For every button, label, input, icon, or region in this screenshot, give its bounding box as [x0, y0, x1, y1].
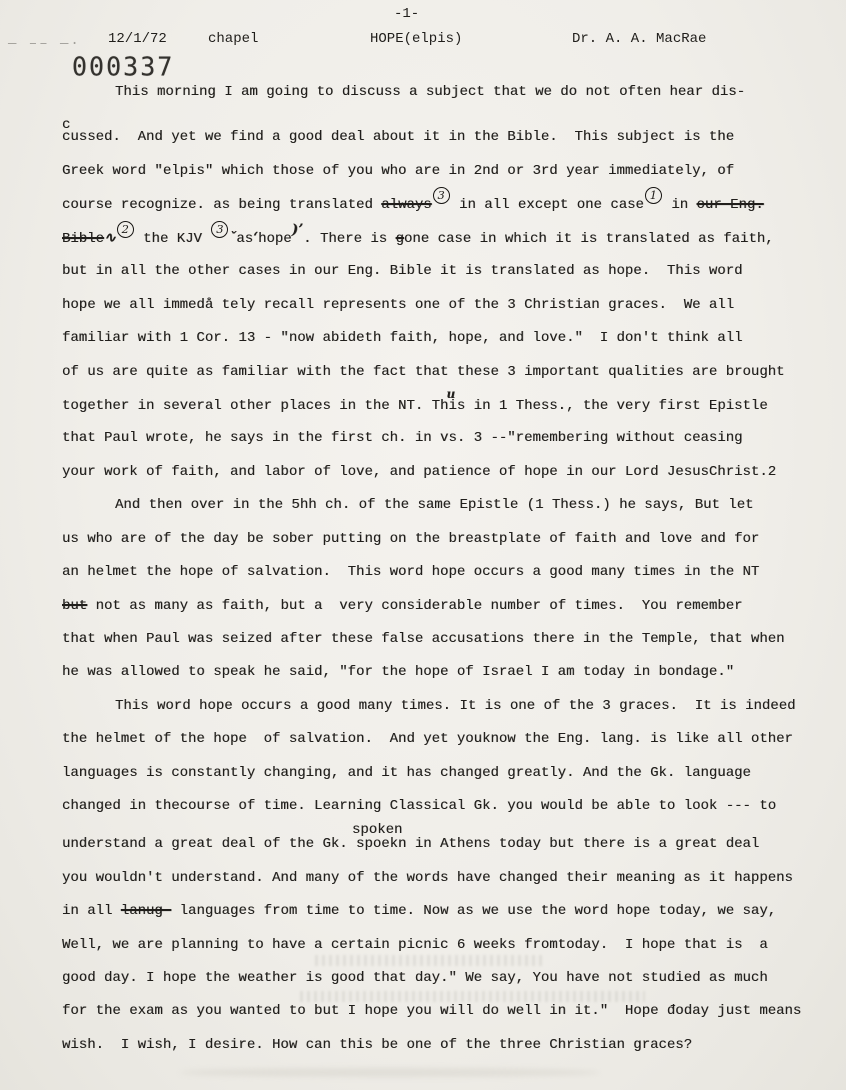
- typewritten-text: Greek word "elpis" which those of you wh…: [62, 163, 734, 179]
- typewritten-text: good day. I hope the weather is good tha…: [62, 970, 768, 986]
- typewritten-text: is in 1 Thess., the very first Epistle: [448, 398, 767, 414]
- body-line: course recognize. as being translated al…: [62, 196, 832, 229]
- typewritten-text: together in several other places in the …: [62, 398, 448, 414]
- body-line: cussed. And yet we find a good deal abou…: [62, 129, 832, 162]
- typewritten-text: for the exam as you wanted to but I hope…: [62, 1003, 801, 1019]
- typewritten-text: that when Paul was seized after these fa…: [62, 631, 785, 647]
- body-line: your work of faith, and labor of love, a…: [62, 464, 832, 497]
- typewritten-text: he was allowed to speak he said, "for th…: [62, 664, 734, 680]
- circled-number-annotation: 2: [117, 221, 134, 238]
- body-line: Bible∿2 the KJV 3ˇasʻhope)ʼ. There is go…: [62, 230, 832, 263]
- typewritten-text: Well, we are planning to have a certain …: [62, 937, 768, 953]
- handwritten-mark: ∿: [104, 230, 116, 246]
- typewritten-text: This word hope occurs a good many times.…: [115, 698, 796, 714]
- page-number: -1-: [394, 6, 419, 22]
- body-line: This word hope occurs a good many times.…: [62, 698, 832, 731]
- typewritten-text: an helmet the hope of salvation. This wo…: [62, 564, 759, 580]
- struck-text: g: [396, 231, 404, 247]
- header-location: chapel: [208, 31, 258, 47]
- document-body: This morning I am going to discuss a sub…: [62, 84, 832, 1070]
- typewritten-text: your work of faith, and labor of love, a…: [62, 464, 776, 480]
- body-line: together in several other places in the …: [62, 397, 832, 430]
- typewritten-text: but in all the other cases in our Eng. B…: [62, 263, 743, 279]
- typewritten-text: the KJV: [135, 231, 211, 247]
- ink-ghosting: [300, 991, 645, 1002]
- typewritten-text: languages is constantly changing, and it…: [62, 765, 751, 781]
- pencil-marks: — –– —·: [8, 36, 81, 52]
- body-line: understand a great deal of the Gk. spoek…: [62, 836, 832, 869]
- typewritten-text: one case in which it is translated as fa…: [404, 231, 774, 247]
- typewritten-text: course recognize. as being translated: [62, 197, 381, 213]
- typewritten-text: that Paul wrote, he says in the first ch…: [62, 430, 743, 446]
- body-line: c: [62, 117, 832, 129]
- typewritten-text: familiar with 1 Cor. 13 - "now abideth f…: [62, 330, 743, 346]
- circled-number-annotation: 3: [433, 187, 450, 204]
- typewritten-text: languages from time to time. Now as we u…: [171, 903, 776, 919]
- struck-text: Bible: [62, 231, 104, 247]
- typewritten-text: . There is: [303, 231, 395, 247]
- typewritten-text: us who are of the day be sober putting o…: [62, 531, 759, 547]
- body-line: in all lanug- languages from time to tim…: [62, 903, 832, 936]
- body-line: languages is constantly changing, and it…: [62, 765, 832, 798]
- body-line: This morning I am going to discuss a sub…: [62, 84, 832, 117]
- body-line: for the exam as you wanted to but I hope…: [62, 1003, 832, 1036]
- ink-ghosting: [315, 955, 545, 966]
- typewritten-text: not as many as faith, but a very conside…: [87, 598, 742, 614]
- typewritten-text: you wouldn't understand. And many of the…: [62, 870, 793, 886]
- typewritten-text: hope: [258, 231, 292, 247]
- struck-text: lanug-: [121, 903, 171, 919]
- body-line: he was allowed to speak he said, "for th…: [62, 664, 832, 697]
- handwritten-mark: )ʼ: [292, 222, 304, 238]
- paper-smudge: [180, 1068, 600, 1077]
- typewritten-text: understand a great deal of the Gk. spoek…: [62, 836, 759, 852]
- body-line: the helmet of the hope of salvation. And…: [62, 731, 832, 764]
- body-line: wish. I wish, I desire. How can this be …: [62, 1037, 832, 1070]
- document-title: HOPE(elpis): [370, 31, 462, 47]
- typewritten-text: the helmet of the hope of salvation. And…: [62, 731, 793, 747]
- typewritten-text: wish. I wish, I desire. How can this be …: [62, 1037, 692, 1053]
- typewritten-text: This morning I am going to discuss a sub…: [115, 84, 745, 100]
- typewritten-text: And then over in the 5hh ch. of the same…: [115, 497, 754, 513]
- body-line: familiar with 1 Cor. 13 - "now abideth f…: [62, 330, 832, 363]
- struck-text: our Eng.: [697, 197, 764, 213]
- typewritten-text: in all: [62, 903, 121, 919]
- body-line: spoken: [62, 822, 832, 836]
- typewritten-text: in all except one case: [451, 197, 644, 213]
- circled-number-annotation: 3: [211, 221, 228, 238]
- typewritten-text: changed in thecourse of time. Learning C…: [62, 798, 776, 814]
- body-line: And then over in the 5hh ch. of the same…: [62, 497, 832, 530]
- typewritten-text: in: [663, 197, 697, 213]
- body-line: but in all the other cases in our Eng. B…: [62, 263, 832, 296]
- struck-text: but: [62, 598, 87, 614]
- body-line: an helmet the hope of salvation. This wo…: [62, 564, 832, 597]
- body-line: hope we all immedå tely recall represent…: [62, 297, 832, 330]
- body-line: but not as many as faith, but a very con…: [62, 598, 832, 631]
- struck-text: always: [381, 197, 431, 213]
- document-stamp: 000337: [72, 51, 174, 81]
- header-date: 12/1/72: [108, 31, 167, 47]
- body-line: us who are of the day be sober putting o…: [62, 531, 832, 564]
- document-page: -1- 12/1/72 chapel HOPE(elpis) Dr. A. A.…: [0, 0, 846, 1090]
- typewritten-text: hope we all immedå tely recall represent…: [62, 297, 734, 313]
- body-line: you wouldn't understand. And many of the…: [62, 870, 832, 903]
- body-line: that when Paul was seized after these fa…: [62, 631, 832, 664]
- body-line: changed in thecourse of time. Learning C…: [62, 798, 832, 822]
- header-speaker: Dr. A. A. MacRae: [572, 31, 706, 47]
- typewritten-text: as: [236, 231, 253, 247]
- body-line: that Paul wrote, he says in the first ch…: [62, 430, 832, 463]
- typewritten-text: cussed. And yet we find a good deal abou…: [62, 129, 734, 145]
- typewritten-text: of us are quite as familiar with the fac…: [62, 364, 785, 380]
- circled-number-annotation: 1: [645, 187, 662, 204]
